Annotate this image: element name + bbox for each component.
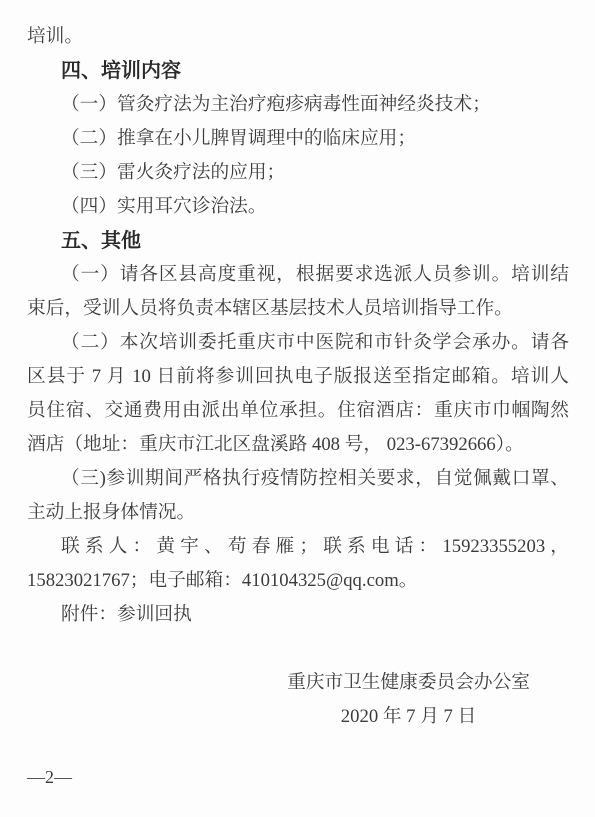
paragraph-1-line-1: （一）请各区县高度重视，根据要求选派人员参训。培训结 (27, 258, 569, 292)
training-item-3: （三）雷火灸疗法的应用； (27, 156, 569, 190)
paragraph-1-line-2: 束后，受训人员将负责本辖区基层技术人员培训指导工作。 (27, 292, 569, 326)
document-page: 培训。 四、培训内容 （一）管灸疗法为主治疗疱疹病毒性面神经炎技术； （二）推拿… (0, 0, 595, 817)
paragraph-2: （二）本次培训委托重庆市中医院和市针灸学会承办。请各 区县于 7 月 10 日前… (27, 326, 569, 462)
signoff-date: 2020 年 7 月 7 日 (287, 700, 530, 734)
paragraph-2-line-2: 区县于 7 月 10 日前将参训回执电子版报送至指定邮箱。培训人 (27, 360, 569, 394)
paragraph-3-line-1: （三)参训期间严格执行疫情防控相关要求，自觉佩戴口罩、 (27, 462, 569, 496)
section4-heading: 四、培训内容 (27, 54, 569, 88)
signoff: 重庆市卫生健康委员会办公室 2020 年 7 月 7 日 (27, 666, 569, 734)
training-item-2: （二）推拿在小儿脾胃调理中的临床应用； (27, 122, 569, 156)
training-item-1: （一）管灸疗法为主治疗疱疹病毒性面神经炎技术； (27, 88, 569, 122)
paragraph-2-line-1: （二）本次培训委托重庆市中医院和市针灸学会承办。请各 (27, 326, 569, 360)
document-body: 培训。 四、培训内容 （一）管灸疗法为主治疗疱疹病毒性面神经炎技术； （二）推拿… (0, 0, 595, 734)
contact-line-2: 15823021767；电子邮箱：410104325@qq.com。 (27, 564, 569, 598)
training-item-4: （四）实用耳穴诊治法。 (27, 190, 569, 224)
paragraph-2-line-3: 员住宿、交通费用由派出单位承担。住宿酒店：重庆市巾帼陶然 (27, 394, 569, 428)
paragraph-3-line-2: 主动上报身体情况。 (27, 496, 569, 530)
paragraph-3: （三)参训期间严格执行疫情防控相关要求，自觉佩戴口罩、 主动上报身体情况。 (27, 462, 569, 530)
contact-info: 联系人：黄宇、苟春雁；联系电话：15923355203， 15823021767… (27, 530, 569, 598)
page-number: —2— (27, 763, 72, 791)
contact-line-1: 联系人：黄宇、苟春雁；联系电话：15923355203， (27, 530, 569, 564)
continuation-text: 培训。 (27, 20, 569, 54)
section5-heading: 五、其他 (27, 224, 569, 258)
paragraph-1: （一）请各区县高度重视，根据要求选派人员参训。培训结 束后，受训人员将负责本辖区… (27, 258, 569, 326)
paragraph-2-line-4: 酒店（地址：重庆市江北区盘溪路 408 号， 023-67392666）。 (27, 428, 569, 462)
signoff-organization: 重庆市卫生健康委员会办公室 (287, 666, 530, 700)
attachment-line: 附件：参训回执 (27, 598, 569, 632)
signoff-block: 重庆市卫生健康委员会办公室 2020 年 7 月 7 日 (287, 666, 530, 734)
